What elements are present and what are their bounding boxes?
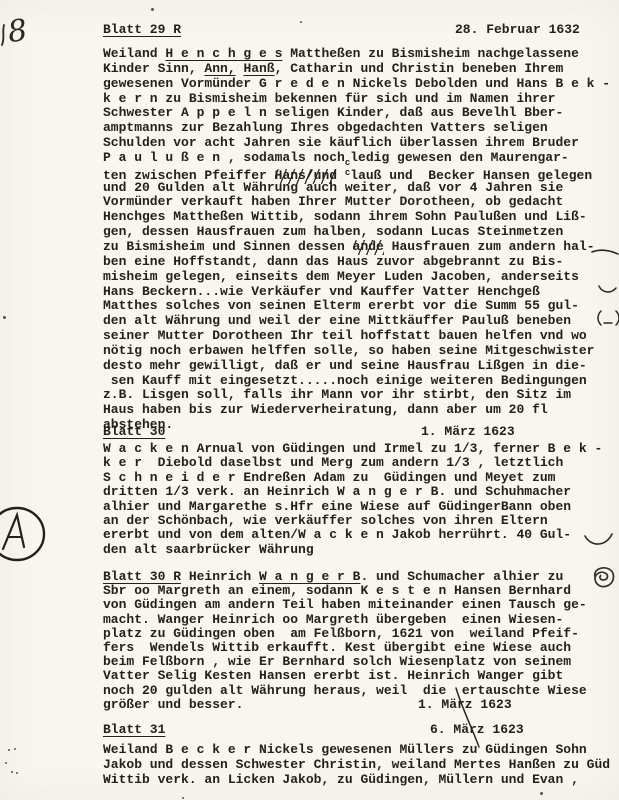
scan-speckle [5,762,7,764]
struck-text: ande [353,240,384,255]
text-line: nötig noch erbawen helffen solle, so hab… [103,344,619,359]
scan-speckle [300,21,302,23]
text-line: fers Wendels Wittib erkaufft. Kest überg… [103,641,619,655]
text-line: macht. Wanger Heinrich oo Margreth überg… [103,613,619,627]
scan-speckle [8,749,10,751]
text-line: Hans Beckern...wie Verkäufer vnd Kauffer… [103,285,619,300]
text-line: Schwester A p p e l n seligen Kinder, da… [103,106,619,121]
text-line: Blatt 30 R Heinrich W a n g e r B. und S… [103,570,619,584]
text-line: Wittib verk. an Licken Jakob, zu Güdinge… [103,772,619,787]
blatt-header: Blatt 301. März 1623 [103,424,619,439]
underlined-text: W a n g e r B [259,569,360,584]
scanned-document-page: 8 Blat [0,0,619,800]
entry-date: 1. März 1623 [421,424,515,439]
text-line: gen, dessen Hausfrauen zum halben, sodan… [103,225,619,240]
underlined-text: Ann, [204,61,235,76]
text-line: P a u l u ß e n , sodamals nochcledig ge… [103,151,619,166]
text-line: gewesenen Vormünder G r e d e n Nickels … [103,77,619,92]
text-line: größer und besser.1. März 1623 [103,698,619,712]
text-line: den alt saarbrücker Währung [103,543,619,557]
text-line: z.B. Lisgen soll, falls ihr Mann vor ihr… [103,388,619,403]
entry-date: 6. März 1623 [430,722,524,737]
section-blatt-30: Blatt 301. März 1623W a c k e n Arnual v… [103,424,619,557]
scan-speckle [182,797,184,799]
text-line: von Güdingen am andern Teil haben mitein… [103,598,619,612]
text-line: Matthes solches von seinen Elterm ererbt… [103,299,619,314]
underlined-text: Hanß [243,61,274,76]
scan-speckle [16,772,18,774]
text-line: alhier und Margarethe s.Hfr eine Wiese a… [103,500,619,514]
text-line: Haus haben bis zur Wiederverheiratung, d… [103,403,619,418]
blatt-header: Blatt 316. März 1623 [103,722,619,737]
text-line: ten zwischen Pfeiffer Hans/und clauß und… [103,166,619,181]
blatt-label: Blatt 30 [103,424,165,439]
text-line: Vormünder verkauft haben Ihrer Mutter Do… [103,195,619,210]
text-line: Weiland H e n c h g e s Mattheßen zu Bis… [103,47,619,62]
text-line: Henchges Mattheßen Wittib, sodann ihrem … [103,210,619,225]
text-line: k e r Diebold daselbst und Merg zum ande… [103,456,619,470]
superscript-letter: c [345,168,350,178]
text-line: amptmanns zur Bezahlung Ihres obgedachte… [103,121,619,136]
text-line: Kinder Sinn, Ann, Hanß, Catharin und Chr… [103,62,619,77]
handwritten-page-number: 8 [6,13,30,50]
text-line: Weiland B e c k e r Nickels gewesenen Mü… [103,742,619,757]
text-line: ben eine Hoffstandt, dann das Haus zuvor… [103,255,619,270]
text-line: und 20 Gulden alt Währung auch weiter, d… [103,181,619,196]
text-line: W a c k e n Arnual von Güdingen und Irme… [103,442,619,456]
scan-speckle [540,792,543,795]
underlined-text: H e n c h g e s [165,46,282,61]
scan-speckle [3,316,6,319]
text-line: sen Kauff mit eingesetzt.....noch einige… [103,374,619,389]
text-line: Jakob und dessen Schwester Christin, wei… [103,757,619,772]
text-line: Vatter Selig Kesten Hansen ererbt ist. H… [103,669,619,683]
text-line: misheim gelegen, einseits dem Meyer Lude… [103,270,619,285]
text-line: platz zu Güdingen oben am Felßborn, 1621… [103,627,619,641]
text-line: desto mehr gewilligt, daß er und seine H… [103,359,619,374]
text-line: beim Felßborn , wie Er Bernhard solch Wi… [103,655,619,669]
section-blatt-30r: Blatt 30 R Heinrich W a n g e r B. und S… [103,570,619,712]
scan-speckle [14,748,16,750]
text-line: Schulden vor acht Jahren sie käuflich üb… [103,136,619,151]
text-line: an der Schönbach, wie verkäuffer solches… [103,514,619,528]
entry-date: 28. Februar 1632 [455,22,580,37]
blatt-label: Blatt 31 [103,722,165,737]
text-line: ererbt und von dem alten/W a c k e n Jak… [103,528,619,542]
text-line: Sbr oo Margreth an einem, sodann K e s t… [103,584,619,598]
text-line: den alt Währung und weil der eine Mittkä… [103,314,619,329]
handwritten-circled-mark [0,504,46,582]
underlined-text: Blatt 30 R [103,569,181,584]
section-blatt-31: Blatt 316. März 1623Weiland B e c k e r … [103,722,619,787]
blatt-header: Blatt 29 R28. Februar 1632 [103,22,619,37]
scan-speckle [151,8,154,11]
text-line: dritten 1/3 verk. an Heinrich W a n g e … [103,485,619,499]
blatt-label: Blatt 29 R [103,22,181,37]
inline-date-text: 1. März 1623 [418,698,512,712]
text-line: S c h n e i d e r Endreßen Adam zu Güdin… [103,471,619,485]
text-line: k e r n zu Bismisheim bekennen für sich … [103,92,619,107]
scan-speckle [11,771,13,773]
text-line: seiner Mutter Dorotheen Ihr teil hoffsta… [103,329,619,344]
section-blatt-29r: Blatt 29 R28. Februar 1632Weiland H e n … [103,22,619,433]
text-line: zu Bismisheim und Sinnen dessen ande Hau… [103,240,619,255]
text-line: noch 20 gulden alt Währung heraus, weil … [103,684,619,698]
